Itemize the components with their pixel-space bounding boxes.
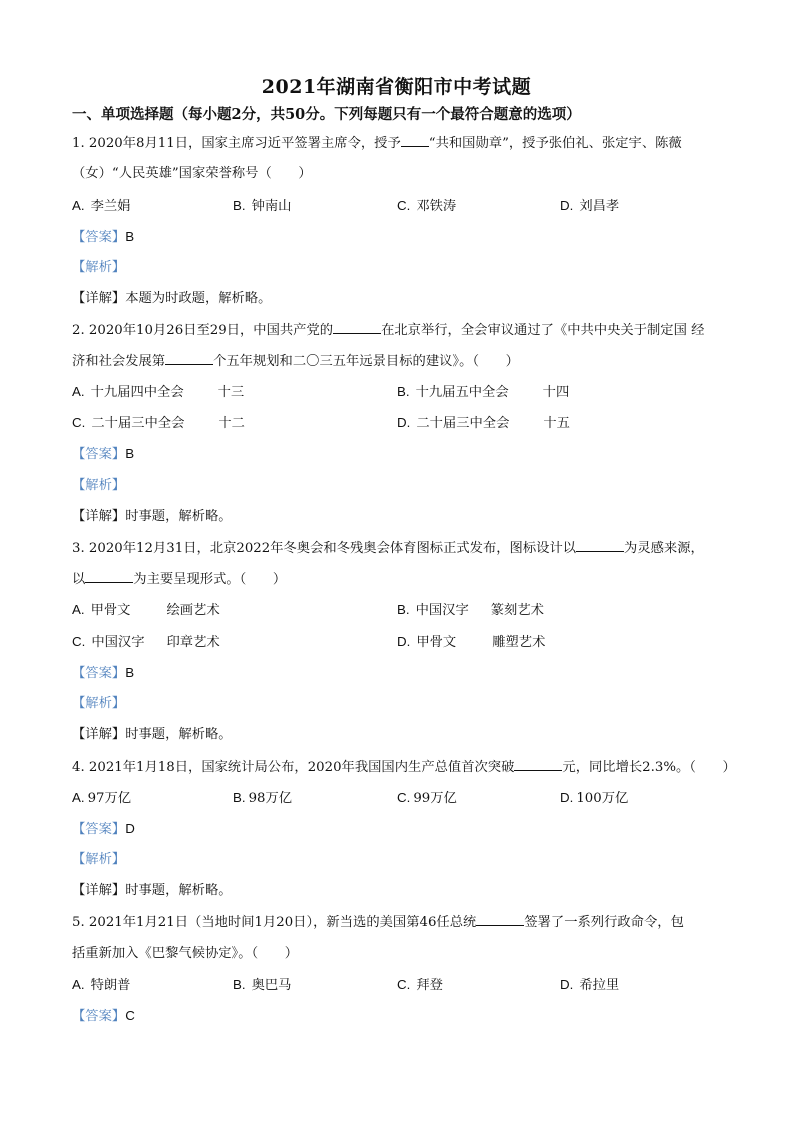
option-letter: A. <box>72 790 85 805</box>
question-2-text-cont: 在北京举行，全会审议通过了《中共中央关于制定国 经 <box>381 323 704 338</box>
option-text: 拜登 <box>416 978 443 993</box>
option-c: C.二十届三中全会十二 <box>72 414 245 433</box>
option-letter: C. <box>397 198 410 213</box>
option-text: 100万亿 <box>576 791 628 806</box>
answer-line: 【答案】B <box>72 445 134 464</box>
question-5-text-cont: 签署了一系列行政命令，包 <box>524 915 684 930</box>
option-letter: A. <box>72 384 85 399</box>
answer-blank <box>401 134 429 147</box>
question-1-line-2: （女）“人民英雄”国家荣誉称号（ ） <box>72 165 312 183</box>
question-4-text: 4. 2021年1月18日，国家统计局公布，2020年我国国内生产总值首次突破 <box>72 760 514 775</box>
option-text-2: 绘画艺术 <box>166 603 219 618</box>
question-5-line-2: 括重新加入《巴黎气候协定》。（ ） <box>72 945 298 963</box>
option-text-2: 篆刻艺术 <box>491 603 544 618</box>
option-b: B.98万亿 <box>233 789 292 808</box>
option-c: C.99万亿 <box>397 789 457 808</box>
question-4-text-cont: 元，同比增长2.3%。（ ） <box>562 760 735 775</box>
option-text: 二十届三中全会 <box>416 416 509 431</box>
option-text: 中国汉字 <box>416 603 469 618</box>
option-d: D.二十届三中全会十五 <box>397 414 570 433</box>
answer-value: B <box>125 229 134 244</box>
question-2-text-2: 济和社会发展第 <box>72 354 165 369</box>
question-2-line-2: 济和社会发展第个五年规划和二〇三五年远景目标的建议》。（ ） <box>72 352 519 371</box>
answer-tag: 【答案】 <box>72 1009 125 1024</box>
option-text: 中国汉字 <box>91 635 144 650</box>
option-text: 二十届三中全会 <box>91 416 184 431</box>
exam-page: 2021年湖南省衡阳市中考试题 一、单项选择题（每小题2分，共50分。下列每题只… <box>0 0 793 1122</box>
question-3-line-2: 以为主要呈现形式。（ ） <box>72 570 286 589</box>
option-c: C.中国汉字印章艺术 <box>72 633 220 652</box>
answer-tag: 【答案】 <box>72 822 125 837</box>
question-3-text: 3. 2020年12月31日，北京2022年冬奥会和冬残奥会体育图标正式发布，图… <box>72 541 576 556</box>
option-d: D.甲骨文雕塑艺术 <box>397 633 545 652</box>
option-letter: C. <box>72 634 85 649</box>
section-heading: 一、单项选择题（每小题2分，共50分。下列每题只有一个最符合题意的选项） <box>72 103 581 124</box>
option-c: C.拜登 <box>397 976 443 995</box>
question-3-line-1: 3. 2020年12月31日，北京2022年冬奥会和冬残奥会体育图标正式发布，图… <box>72 539 704 558</box>
question-3-text-2: 以 <box>72 572 85 587</box>
option-letter: A. <box>72 602 85 617</box>
option-letter: D. <box>560 790 573 805</box>
detail-tag: 【详解】 <box>72 291 125 306</box>
option-letter: D. <box>397 415 410 430</box>
analysis-tag: 【解析】 <box>72 478 125 493</box>
option-letter: C. <box>397 790 410 805</box>
option-b: B.奥巴马 <box>233 976 291 995</box>
question-4-line-1: 4. 2021年1月18日，国家统计局公布，2020年我国国内生产总值首次突破元… <box>72 758 736 777</box>
answer-tag: 【答案】 <box>72 447 125 462</box>
answer-blank <box>476 913 524 926</box>
option-text: 十九届四中全会 <box>91 385 184 400</box>
option-text-2: 十五 <box>543 416 570 431</box>
detail-line: 【详解】时事题，解析略。 <box>72 726 232 744</box>
question-1-text-cont: “共和国勋章”，授予张伯礼、张定宇、陈薇 <box>429 136 682 151</box>
answer-blank <box>333 321 381 334</box>
option-b: B.中国汉字篆刻艺术 <box>397 601 544 620</box>
answer-value: B <box>125 446 134 461</box>
option-letter: D. <box>560 977 573 992</box>
question-5-text: 5. 2021年1月21日（当地时间1月20日），新当选的美国第46任总统 <box>72 915 476 930</box>
detail-text: 时事题，解析略。 <box>125 727 231 742</box>
detail-text: 本题为时政题，解析略。 <box>125 291 271 306</box>
analysis-tag: 【解析】 <box>72 696 125 711</box>
option-text: 希拉里 <box>579 978 619 993</box>
answer-line: 【答案】B <box>72 228 134 247</box>
option-letter: C. <box>397 977 410 992</box>
option-text: 邓铁涛 <box>416 199 456 214</box>
option-text-2: 十二 <box>218 416 245 431</box>
answer-blank <box>514 758 562 771</box>
option-text: 李兰娟 <box>91 199 131 214</box>
option-c: C.邓铁涛 <box>397 197 456 216</box>
option-text-2: 十四 <box>543 385 570 400</box>
question-1-text: 1. 2020年8月11日，国家主席习近平签署主席令，授予 <box>72 136 401 151</box>
option-b: B.钟南山 <box>233 197 291 216</box>
option-text: 甲骨文 <box>91 603 131 618</box>
analysis-line: 【解析】 <box>72 259 125 277</box>
option-text: 钟南山 <box>252 199 292 214</box>
answer-blank <box>85 570 133 583</box>
option-a: A.特朗普 <box>72 976 130 995</box>
answer-line: 【答案】D <box>72 820 135 839</box>
option-text: 甲骨文 <box>416 635 456 650</box>
option-text-2: 雕塑艺术 <box>492 635 545 650</box>
option-letter: B. <box>397 384 410 399</box>
option-text-2: 印章艺术 <box>167 635 220 650</box>
answer-value: D <box>125 821 135 836</box>
question-2-text-2-cont: 个五年规划和二〇三五年远景目标的建议》。（ ） <box>213 354 519 369</box>
option-text: 刘昌孝 <box>579 199 619 214</box>
analysis-tag: 【解析】 <box>72 260 125 275</box>
option-text: 98万亿 <box>249 791 293 806</box>
question-1-line-1: 1. 2020年8月11日，国家主席习近平签署主席令，授予“共和国勋章”，授予张… <box>72 134 682 153</box>
option-letter: D. <box>397 634 410 649</box>
option-text: 99万亿 <box>413 791 457 806</box>
option-d: D.刘昌孝 <box>560 197 619 216</box>
option-text-2: 十三 <box>218 385 245 400</box>
question-2-line-1: 2. 2020年10月26日至29日，中国共产党的在北京举行，全会审议通过了《中… <box>72 321 704 340</box>
detail-text: 时事题，解析略。 <box>125 883 231 898</box>
answer-blank <box>165 352 213 365</box>
answer-value: C <box>125 1008 135 1023</box>
option-a: A.十九届四中全会十三 <box>72 383 244 402</box>
option-text: 十九届五中全会 <box>416 385 509 400</box>
option-a: A.李兰娟 <box>72 197 130 216</box>
detail-tag: 【详解】 <box>72 509 125 524</box>
analysis-line: 【解析】 <box>72 477 125 495</box>
option-letter: B. <box>233 977 246 992</box>
detail-line: 【详解】时事题，解析略。 <box>72 508 232 526</box>
detail-line: 【详解】时事题，解析略。 <box>72 882 232 900</box>
detail-tag: 【详解】 <box>72 727 125 742</box>
option-letter: C. <box>72 415 85 430</box>
option-a: A.97万亿 <box>72 789 131 808</box>
detail-line: 【详解】本题为时政题，解析略。 <box>72 290 271 308</box>
question-3-text-cont: 为灵感来源， <box>624 541 704 556</box>
option-letter: A. <box>72 198 85 213</box>
analysis-line: 【解析】 <box>72 695 125 713</box>
question-5-line-1: 5. 2021年1月21日（当地时间1月20日），新当选的美国第46任总统签署了… <box>72 913 684 932</box>
detail-tag: 【详解】 <box>72 883 125 898</box>
option-text: 97万亿 <box>88 791 132 806</box>
option-a: A.甲骨文绘画艺术 <box>72 601 220 620</box>
option-letter: B. <box>233 198 246 213</box>
answer-line: 【答案】B <box>72 664 134 683</box>
option-d: D.100万亿 <box>560 789 628 808</box>
option-letter: D. <box>560 198 573 213</box>
page-title: 2021年湖南省衡阳市中考试题 <box>0 72 793 99</box>
option-d: D.希拉里 <box>560 976 619 995</box>
option-text: 奥巴马 <box>252 978 292 993</box>
answer-blank <box>576 539 624 552</box>
analysis-tag: 【解析】 <box>72 852 125 867</box>
detail-text: 时事题，解析略。 <box>125 509 231 524</box>
option-b: B.十九届五中全会十四 <box>397 383 569 402</box>
option-letter: B. <box>233 790 246 805</box>
option-letter: B. <box>397 602 410 617</box>
answer-tag: 【答案】 <box>72 230 125 245</box>
analysis-line: 【解析】 <box>72 851 125 869</box>
question-3-text-2-cont: 为主要呈现形式。（ ） <box>133 572 286 587</box>
answer-line: 【答案】C <box>72 1007 135 1026</box>
option-letter: A. <box>72 977 85 992</box>
answer-value: B <box>125 665 134 680</box>
option-text: 特朗普 <box>91 978 131 993</box>
answer-tag: 【答案】 <box>72 666 125 681</box>
question-2-text: 2. 2020年10月26日至29日，中国共产党的 <box>72 323 333 338</box>
